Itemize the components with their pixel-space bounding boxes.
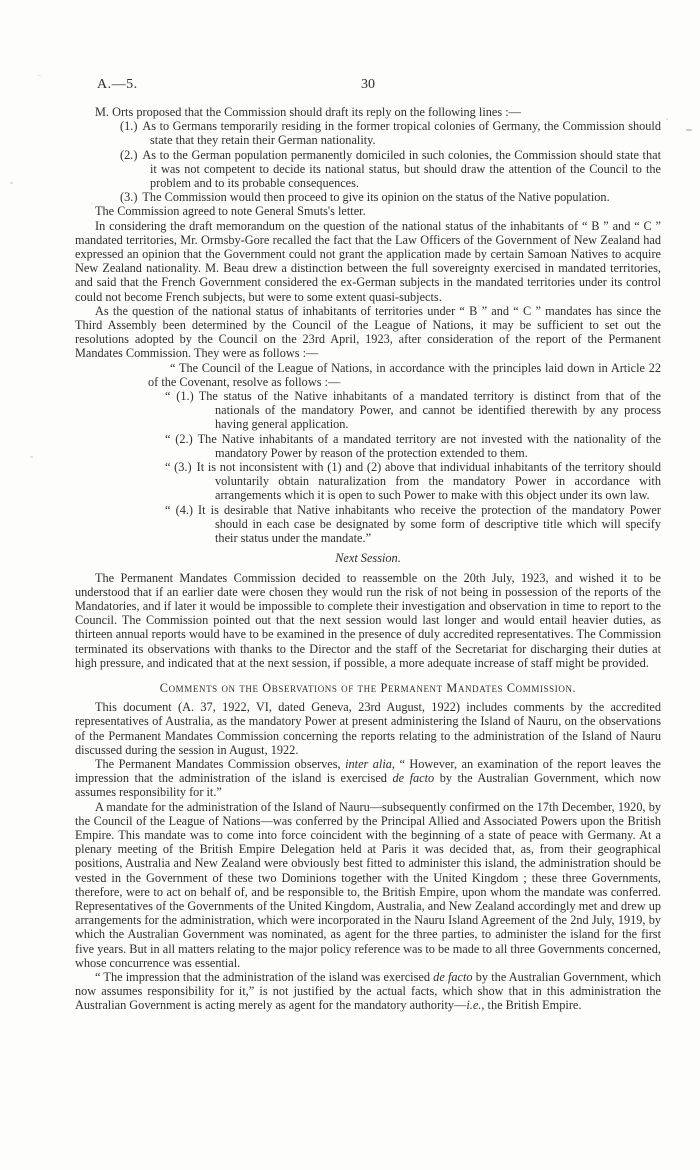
- resolution-text-4: It is desirable that Native inhabitants …: [198, 503, 661, 545]
- resolution-marker-2: “ (2.): [165, 432, 198, 446]
- page-content: A.—5. 30 M. Orts proposed that the Commi…: [75, 78, 661, 1013]
- paragraph-impression-rebuttal: “ The impression that the administration…: [75, 970, 661, 1013]
- list-marker-2: (2.): [120, 148, 142, 162]
- resolution-marker-1: “ (1.): [165, 389, 199, 403]
- scan-speck: [666, 118, 668, 120]
- page-header: A.—5. 30: [75, 78, 661, 96]
- resolution-text-3: It is not inconsistent with (1) and (2) …: [197, 460, 661, 502]
- paragraph-mandate-history: A mandate for the administration of the …: [75, 800, 661, 970]
- list-item-2: (2.)As to the German population permanen…: [75, 148, 661, 191]
- paragraph-smuts-letter: The Commission agreed to note General Sm…: [75, 204, 661, 218]
- resolution-quote-intro: “ The Council of the League of Nations, …: [75, 361, 661, 389]
- paragraph-next-session: The Permanent Mandates Commission decide…: [75, 571, 661, 670]
- paragraph-commission-observes: The Permanent Mandates Commission observ…: [75, 757, 661, 800]
- list-text-1: As to Germans temporarily residing in th…: [142, 119, 661, 147]
- resolution-marker-3: “ (3.): [165, 460, 197, 474]
- list-marker-3: (3.): [120, 190, 142, 204]
- resolution-item-2: “ (2.)The Native inhabitants of a mandat…: [75, 432, 661, 460]
- resolution-text-1: The status of the Native inhabitants of …: [199, 389, 661, 431]
- list-text-2: As to the German population permanently …: [142, 148, 661, 190]
- list-marker-1: (1.): [120, 119, 142, 133]
- paragraph-draft-memorandum: In considering the draft memorandum on t…: [75, 219, 661, 304]
- scan-speck: [10, 182, 13, 184]
- resolution-item-4: “ (4.)It is desirable that Native inhabi…: [75, 503, 661, 546]
- section-heading-comments: Comments on the Observations of the Perm…: [75, 681, 661, 695]
- list-text-3: The Commission would then proceed to giv…: [142, 190, 609, 204]
- paragraph-national-status: As the question of the national status o…: [75, 304, 661, 361]
- scan-speck: [38, 75, 41, 76]
- list-item-3: (3.)The Commission would then proceed to…: [75, 190, 661, 204]
- paragraph-document-comments: This document (A. 37, 1922, VI, dated Ge…: [75, 700, 661, 757]
- scanned-document-page: A.—5. 30 M. Orts proposed that the Commi…: [0, 0, 700, 1170]
- page-number: 30: [75, 78, 661, 92]
- resolution-marker-4: “ (4.): [165, 503, 198, 517]
- list-item-1: (1.)As to Germans temporarily residing i…: [75, 119, 661, 147]
- section-heading-next-session: Next Session.: [75, 551, 661, 565]
- resolution-item-3: “ (3.)It is not inconsistent with (1) an…: [75, 460, 661, 503]
- resolution-item-1: “ (1.)The status of the Native inhabitan…: [75, 389, 661, 432]
- paragraph-orts-proposal: M. Orts proposed that the Commission sho…: [75, 105, 661, 119]
- scan-speck: [686, 129, 692, 131]
- resolution-text-2: The Native inhabitants of a mandated ter…: [198, 432, 661, 460]
- scan-speck: [30, 456, 33, 458]
